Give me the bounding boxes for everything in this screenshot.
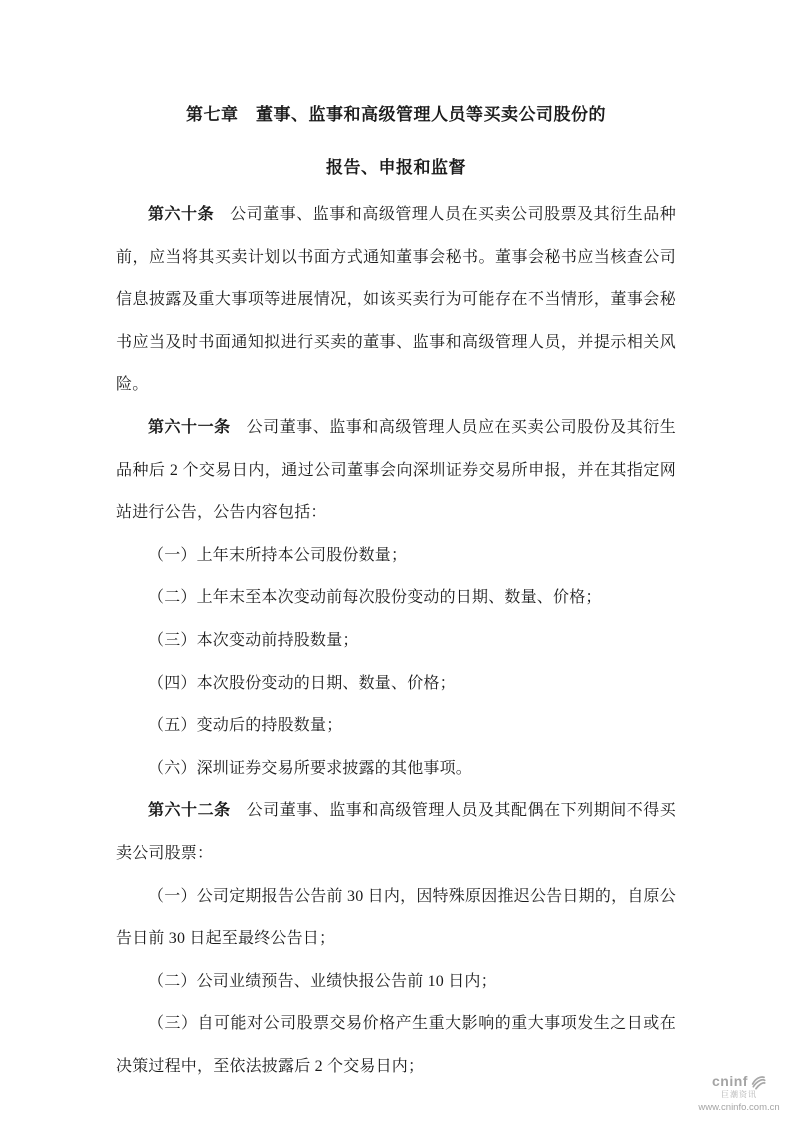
list-item-paragraph: （一）公司定期报告公告前 30 日内，因特殊原因推迟公告日期的，自原公告日前 3… [116,876,676,961]
document-body: 第六十条公司董事、监事和高级管理人员在买卖公司股票及其衍生品种前，应当将其买卖计… [116,194,676,1088]
list-item-paragraph: （二）上年末至本次变动前每次股份变动的日期、数量、价格； [116,577,676,620]
article-paragraph: 第六十二条公司董事、监事和高级管理人员及其配偶在下列期间不得买卖公司股票： [116,790,676,875]
paragraph-text: （五）变动后的持股数量； [148,717,342,734]
list-item-paragraph: （三）自可能对公司股票交易价格产生重大影响的重大事项发生之日或在决策过程中，至依… [116,1003,676,1088]
paragraph-text: （四）本次股份变动的日期、数量、价格； [148,675,456,692]
article-paragraph: 第六十一条公司董事、监事和高级管理人员应在买卖公司股份及其衍生品种后 2 个交易… [116,407,676,535]
article-number: 第六十二条 [148,802,247,819]
cninfo-logo-row: cninf [694,1074,784,1090]
cninfo-logo-text: cninf [712,1074,748,1089]
paragraph-text: （三）自可能对公司股票交易价格产生重大影响的重大事项发生之日或在决策过程中，至依… [116,1015,676,1075]
article-number: 第六十一条 [148,419,247,436]
cninfo-watermark: cninf 巨潮资讯 www.cninfo.com.cn [694,1074,784,1113]
article-number: 第六十条 [148,206,230,223]
list-item-paragraph: （二）公司业绩预告、业绩快报公告前 10 日内； [116,961,676,1004]
list-item-paragraph: （三）本次变动前持股数量； [116,620,676,663]
paragraph-text: 公司董事、监事和高级管理人员在买卖公司股票及其衍生品种前，应当将其买卖计划以书面… [116,206,676,393]
list-item-paragraph: （四）本次股份变动的日期、数量、价格； [116,663,676,706]
list-item-paragraph: （一）上年末所持本公司股份数量； [116,535,676,578]
chapter-title-line-1: 第七章 董事、监事和高级管理人员等买卖公司股份的 [116,88,676,141]
cninfo-logo-url: www.cninfo.com.cn [694,1103,784,1113]
document-page: 第七章 董事、监事和高级管理人员等买卖公司股份的 报告、申报和监督 第六十条公司… [0,0,793,1122]
paragraph-text: （三）本次变动前持股数量； [148,632,359,649]
paragraph-text: （一）公司定期报告公告前 30 日内，因特殊原因推迟公告日期的，自原公告日前 3… [116,888,676,948]
paragraph-text: （一）上年末所持本公司股份数量； [148,547,407,564]
list-item-paragraph: （五）变动后的持股数量； [116,705,676,748]
cninfo-logo-subtitle: 巨潮资讯 [694,1091,784,1100]
chapter-title: 第七章 董事、监事和高级管理人员等买卖公司股份的 报告、申报和监督 [116,88,676,194]
chapter-title-line-2: 报告、申报和监督 [116,141,676,194]
list-item-paragraph: （六）深圳证券交易所要求披露的其他事项。 [116,748,676,791]
paragraph-text: （二）公司业绩预告、业绩快报公告前 10 日内； [148,973,497,990]
paragraph-text: （二）上年末至本次变动前每次股份变动的日期、数量、价格； [148,589,602,606]
article-paragraph: 第六十条公司董事、监事和高级管理人员在买卖公司股票及其衍生品种前，应当将其买卖计… [116,194,676,407]
paragraph-text: （六）深圳证券交易所要求披露的其他事项。 [148,760,472,777]
cninfo-swirl-icon [750,1074,766,1090]
